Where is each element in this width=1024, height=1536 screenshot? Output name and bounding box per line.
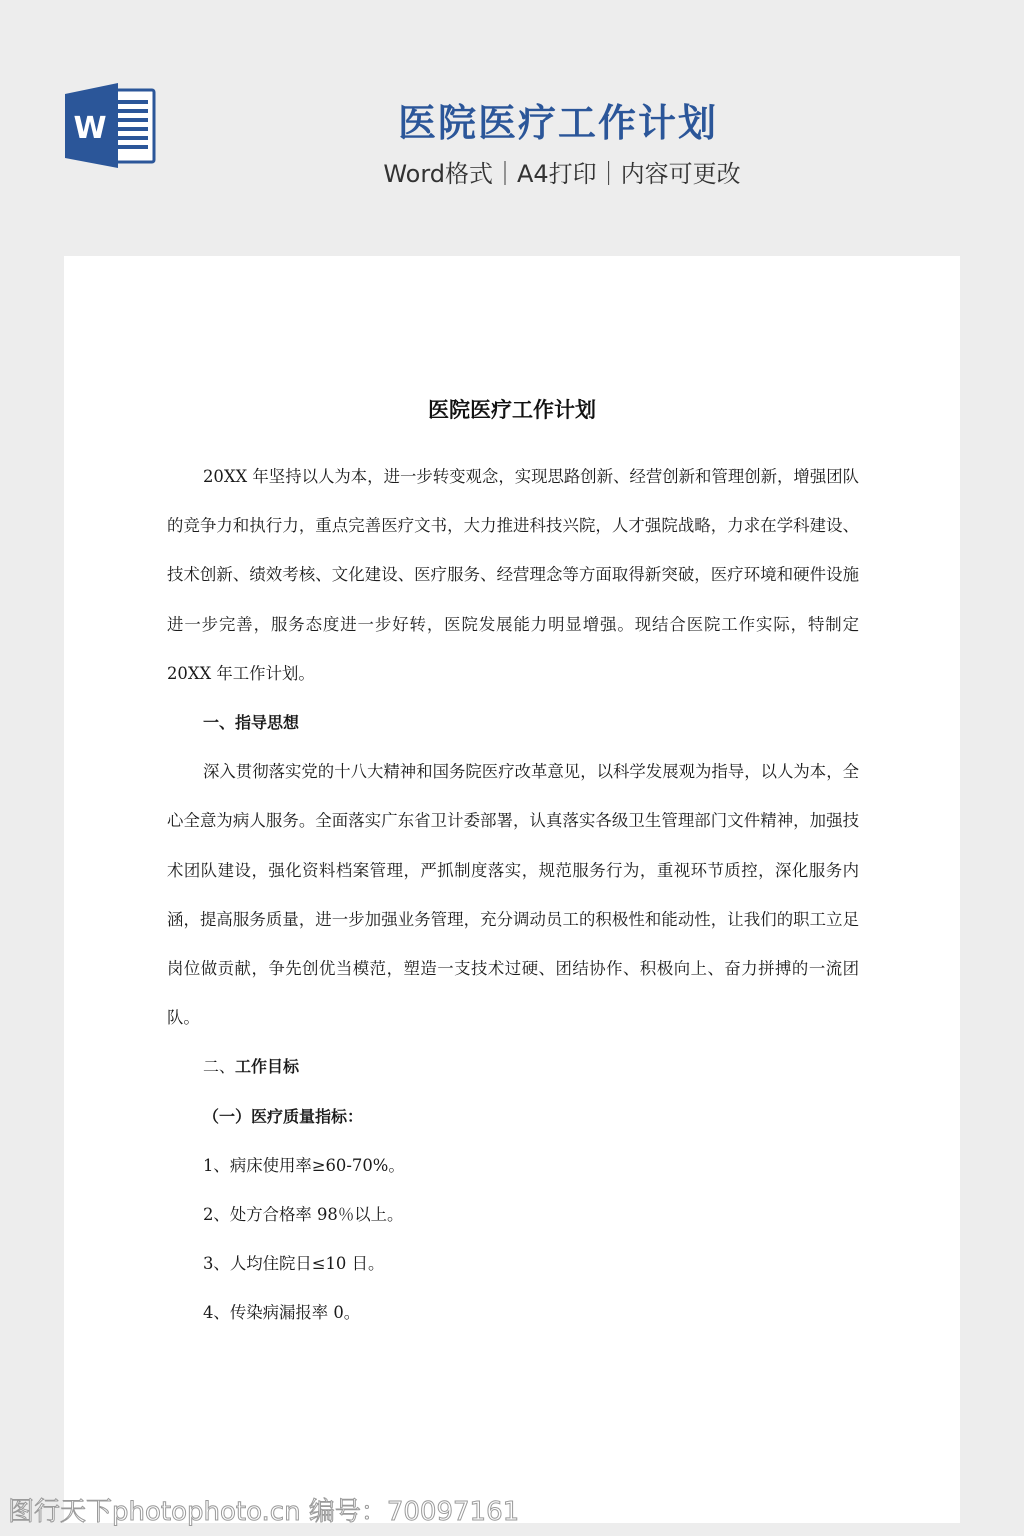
guiding-ideology-paragraph: 深入贯彻落实党的十八大精神和国务院医疗改革意见，以科学发展观为指导，以人为本，全… [167,747,859,1042]
section-heading-text: 工作目标 [235,1057,299,1076]
list-item: 1、病床使用率≥60-70%。 [167,1141,859,1190]
section-heading-work-goals: 二、工作目标 [167,1042,859,1091]
list-item: 4、传染病漏报率 0。 [167,1288,859,1337]
subheading-quality-indicators: （一）医疗质量指标： [167,1092,859,1141]
header-title: 医院医疗工作计划 [0,92,1024,147]
document-title: 医院医疗工作计划 [64,394,960,424]
header-subtitle: Word格式｜A4打印｜内容可更改 [0,154,1024,189]
document-page: 医院医疗工作计划 20XX 年坚持以人为本，进一步转变观念，实现思路创新、经营创… [64,256,960,1523]
section-number: 二、 [203,1057,235,1076]
section-heading-guiding-ideology: 一、指导思想 [167,698,859,747]
document-body: 20XX 年坚持以人为本，进一步转变观念，实现思路创新、经营创新和管理创新，增强… [167,452,859,1338]
list-item: 2、处方合格率 98％以上。 [167,1190,859,1239]
list-item: 3、人均住院日≤10 日。 [167,1239,859,1288]
intro-paragraph: 20XX 年坚持以人为本，进一步转变观念，实现思路创新、经营创新和管理创新，增强… [167,452,859,698]
watermark-text: 图行天下photophoto.cn 编号：70097161 [8,1491,519,1528]
